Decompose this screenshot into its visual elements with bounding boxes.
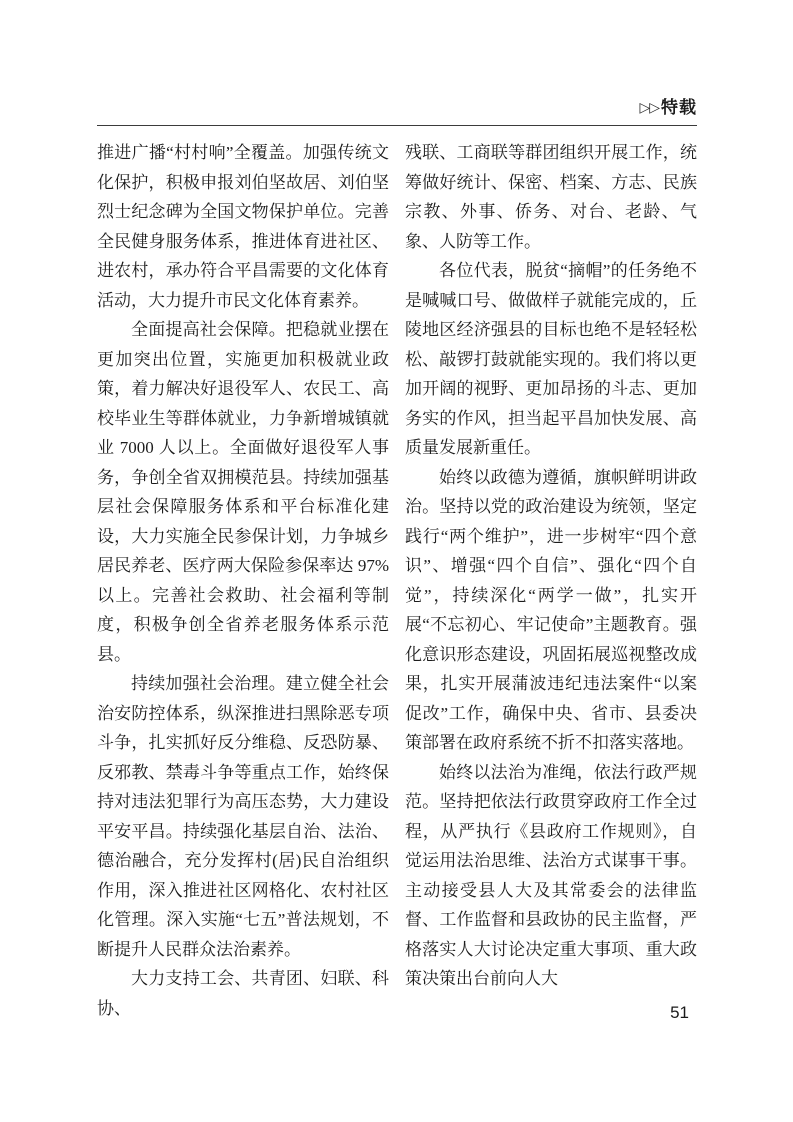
- article-body: 推进广播“村村响”全覆盖。加强传统文化保护，积极申报刘伯坚故居、刘伯坚烈士纪念碑…: [97, 138, 697, 1023]
- paragraph: 推进广播“村村响”全覆盖。加强传统文化保护，积极申报刘伯坚故居、刘伯坚烈士纪念碑…: [97, 138, 389, 315]
- left-column: 推进广播“村村响”全覆盖。加强传统文化保护，积极申报刘伯坚故居、刘伯坚烈士纪念碑…: [97, 138, 389, 1023]
- paragraph: 始终以法治为准绳，依法行政严规范。坚持把依法行政贯穿政府工作全过程，从严执行《县…: [405, 758, 697, 994]
- document-page: ▷▷特载 推进广播“村村响”全覆盖。加强传统文化保护，积极申报刘伯坚故居、刘伯坚…: [0, 0, 793, 1122]
- section-marker-icon: ▷▷: [639, 99, 659, 115]
- paragraph: 全面提高社会保障。把稳就业摆在更加突出位置，实施更加积极就业政策，着力解决好退役…: [97, 315, 389, 669]
- paragraph: 残联、工商联等群团组织开展工作，统筹做好统计、保密、档案、方志、民族宗教、外事、…: [405, 138, 697, 256]
- right-column: 残联、工商联等群团组织开展工作，统筹做好统计、保密、档案、方志、民族宗教、外事、…: [405, 138, 697, 1023]
- page-footer: 51: [97, 1003, 697, 1023]
- paragraph: 始终以政德为遵循，旗帜鲜明讲政治。坚持以党的政治建设为统领，坚定践行“两个维护”…: [405, 463, 697, 758]
- paragraph: 持续加强社会治理。建立健全社会治安防控体系，纵深推进扫黑除恶专项斗争，扎实抓好反…: [97, 669, 389, 964]
- paragraph: 各位代表，脱贫“摘帽”的任务绝不是喊喊口号、做做样子就能完成的，丘陵地区经济强县…: [405, 256, 697, 463]
- page-number: 51: [670, 1003, 689, 1023]
- header-title: 特载: [661, 98, 697, 117]
- page-header: ▷▷特载: [97, 97, 697, 126]
